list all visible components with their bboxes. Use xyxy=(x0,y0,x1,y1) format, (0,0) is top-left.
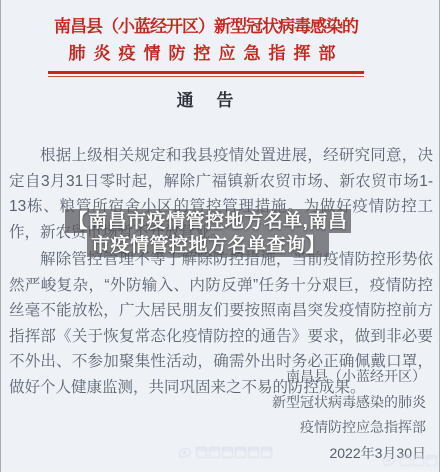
weibo-eye-icon xyxy=(383,455,397,466)
letterhead-rule xyxy=(48,71,364,77)
signature-line-2: 新型冠状病毒感染的肺炎 xyxy=(272,390,426,416)
watermark-left xyxy=(179,447,272,458)
signature-block: 南昌县（小蓝经开区） 新型冠状病毒感染的肺炎 疫情防控应急指挥部 2022年3月… xyxy=(272,364,426,466)
body-paragraph-1: 根据上级相关规定和我县疫情处置进展，经研究同意，决定自3月31日零时起，解除广福… xyxy=(9,143,433,245)
notice-title: 通 告 xyxy=(1,86,411,111)
letterhead-title-line1: 南昌县（小蓝经开区）新型冠状病毒感染的 xyxy=(1,14,411,40)
letterhead: 南昌县（小蓝经开区）新型冠状病毒感染的 肺炎疫情防控应急指挥部 通 告 xyxy=(1,14,440,111)
notice-document: 南昌县（小蓝经开区）新型冠状病毒感染的 肺炎疫情防控应急指挥部 通 告 根据上级… xyxy=(0,0,440,472)
letterhead-title-line2: 肺炎疫情防控应急指挥部 xyxy=(1,41,411,67)
watermark-left-glyphs xyxy=(196,447,272,458)
watermark-right xyxy=(383,455,437,466)
watermark-right-glyphs xyxy=(400,455,437,466)
weibo-eye-icon xyxy=(179,447,193,458)
signature-line-3: 疫情防控应急指挥部 xyxy=(272,415,426,441)
signature-line-1: 南昌县（小蓝经开区） xyxy=(272,364,426,390)
